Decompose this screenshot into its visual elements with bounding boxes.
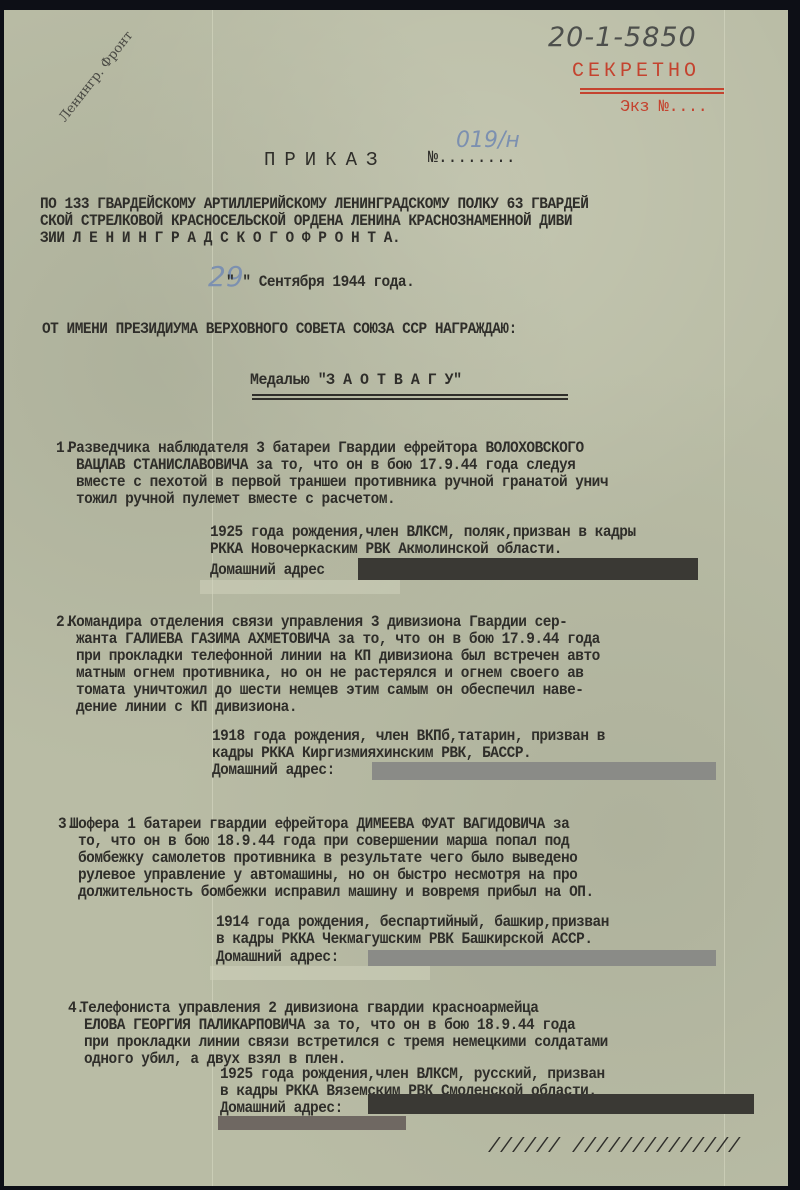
award-underline <box>252 394 568 396</box>
entry-text-line: должительность бомбежки исправил машину … <box>78 884 594 901</box>
redacted-address <box>218 1116 406 1130</box>
entry-bio-line: РККА Новочеркаским РВК Акмолинской облас… <box>210 541 562 558</box>
heading-line: ПО 133 ГВАРДЕЙСКОМУ АРТИЛЛЕРИЙСКОМУ ЛЕНИ… <box>40 196 588 213</box>
redacted-address <box>210 966 430 980</box>
entry-text-line: Телефониста управления 2 дивизиона гвард… <box>80 1000 538 1017</box>
entry-bio-line: 1914 года рождения, беспартийный, башкир… <box>216 914 609 931</box>
entry-text-line: ЕЛОВА ГЕОРГИЯ ПАЛИКАРПОВИЧА за то, что о… <box>84 1017 575 1034</box>
entry-text-line: матным огнем противника, но он не растер… <box>76 665 584 682</box>
secrecy-underline <box>580 92 724 94</box>
entry-bio-line: 1925 года рождения,член ВЛКСМ, поляк,при… <box>210 524 636 541</box>
secrecy-mark: СЕКРЕТНО <box>572 60 700 83</box>
entry-bio-line: 1925 года рождения,член ВЛКСМ, русский, … <box>220 1066 605 1083</box>
document-page: Ленингр. Фронт 20-1-5850 СЕКРЕТНО Экз №.… <box>4 10 788 1186</box>
entry-bio-line: в кадры РККА Чекмагушским РВК Башкирской… <box>216 931 593 948</box>
heading-line: СКОЙ СТРЕЛКОВОЙ КРАСНОСЕЛЬСКОЙ ОРДЕНА ЛЕ… <box>40 213 572 230</box>
home-address-label: Домашний адрес: <box>216 949 339 966</box>
entry-text-line: тожил ручной пулемет вместе с расчетом. <box>76 491 395 508</box>
entry-text-line: при прокладки телефонной линии на КП див… <box>76 648 600 665</box>
end-of-text-marks: ////// ////////////// <box>488 1136 740 1159</box>
entry-text-line: томата уничтожил до шести немцев этим са… <box>76 682 584 699</box>
heading-line: ЗИИ Л Е Н И Н Г Р А Д С К О Г О Ф Р О Н … <box>40 230 400 247</box>
preamble: ОТ ИМЕНИ ПРЕЗИДИУМА ВЕРХОВНОГО СОВЕТА СО… <box>42 321 517 338</box>
entry-text-line: рулевое управление у автомашины, но он б… <box>78 867 577 884</box>
entry-text-line: ВАЦЛАВ СТАНИСЛАВОВИЧА за то, что он в бо… <box>76 457 575 474</box>
award-underline <box>252 398 568 400</box>
order-date: " " Сентября 1944 года. <box>226 274 414 291</box>
entry-text-line: Командира отделения связи управления 3 д… <box>68 614 567 631</box>
redacted-address <box>368 950 716 966</box>
entry-text-line: бомбежку самолетов противника в результа… <box>78 850 577 867</box>
home-address-label: Домашний адрес: <box>220 1100 343 1117</box>
entry-text-line: дение линии с КП дивизиона. <box>76 699 297 716</box>
paper-fold <box>724 10 725 1186</box>
award-name: Медалью "З А О Т В А Г У" <box>250 372 462 389</box>
archive-number: 20-1-5850 <box>548 22 697 53</box>
entry-text-line: вместе с пехотой в первой траншеи против… <box>76 474 608 491</box>
entry-bio-line: кадры РККА Киргизмияхинским РВК, БАССР. <box>212 745 531 762</box>
order-title: ПРИКАЗ <box>264 149 386 171</box>
redacted-address <box>368 1094 754 1114</box>
order-number-handwritten: 019/н <box>456 128 520 153</box>
front-stamp: Ленингр. Фронт <box>56 29 136 125</box>
entry-text-line: жанта ГАЛИЕВА ГАЗИМА АХМЕТОВИЧА за то, ч… <box>76 631 600 648</box>
entry-text-line: Шофера 1 батареи гвардии ефрейтора ДИМЕЕ… <box>70 816 569 833</box>
redacted-address <box>358 558 698 580</box>
redacted-address <box>200 580 400 594</box>
entry-text-line: Разведчика наблюдателя 3 батареи Гвардии… <box>68 440 584 457</box>
secrecy-underline <box>580 88 724 90</box>
entry-bio-line: 1918 года рождения, член ВКПб,татарин, п… <box>212 728 605 745</box>
home-address-label: Домашний адрес: <box>212 762 335 779</box>
entry-text-line: то, что он в бою 18.9.44 года при соверш… <box>78 833 569 850</box>
copy-number-label: Экз №.... <box>620 98 707 117</box>
redacted-address <box>372 762 716 780</box>
entry-text-line: при прокладки линии связи встретился с т… <box>84 1034 608 1051</box>
home-address-label: Домашний адрес <box>210 562 325 579</box>
